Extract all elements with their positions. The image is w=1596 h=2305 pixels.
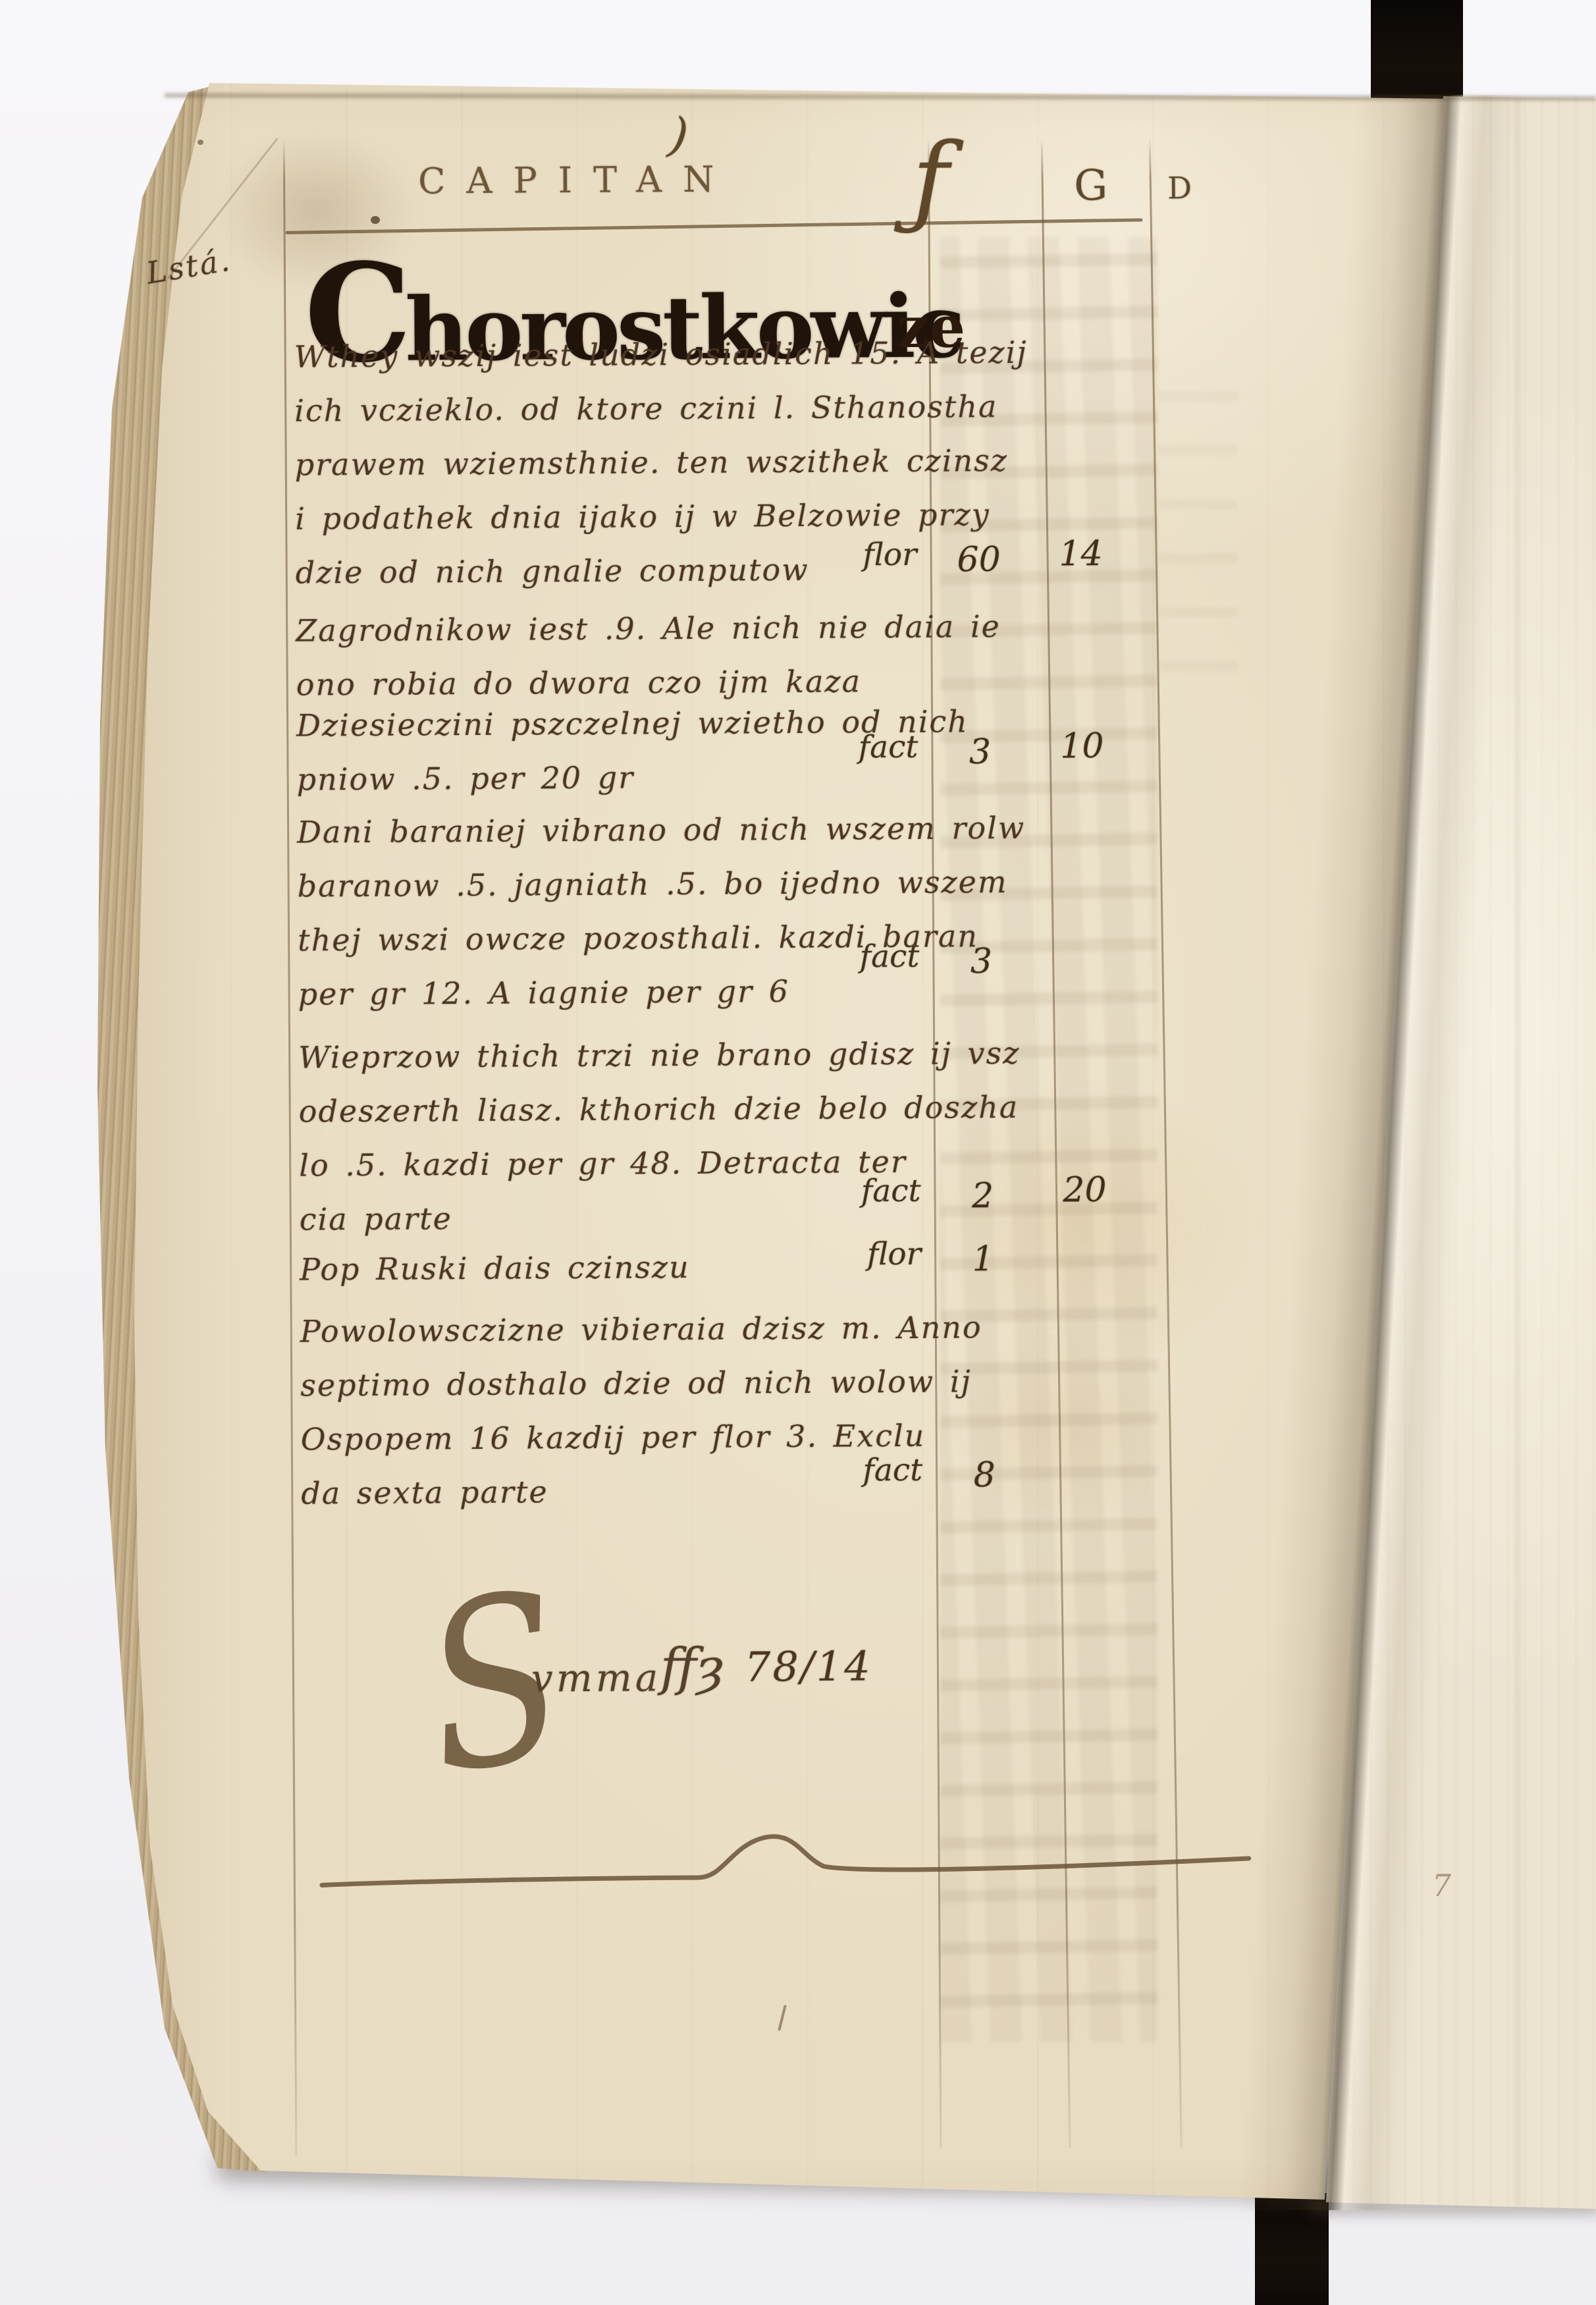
- amount-florin: 1: [942, 1239, 1024, 1280]
- right-margin-mark: 7: [1432, 1868, 1452, 1903]
- amount-florin: 2: [942, 1176, 1023, 1216]
- ledger-entry: Wieprzow thich trzi nie brano gdisz ij v…: [298, 1029, 984, 1249]
- entry-line: prawem wziemsthnie. ten wszithek czinsz: [295, 436, 980, 494]
- summa-word: vmma: [531, 1655, 662, 1700]
- page-header: CAPITAN: [418, 159, 735, 202]
- entry-line: septimo dosthalo dzie od nich wolow ij: [300, 1357, 985, 1415]
- entry-line: Wieprzow thich trzi nie brano gdisz ij v…: [298, 1029, 983, 1087]
- column-header-florin: ƒ: [912, 122, 949, 238]
- amount-unit: fact: [814, 938, 919, 975]
- summa-value: 78/14: [745, 1642, 872, 1691]
- ruled-line-denarii-column: [1149, 138, 1183, 2148]
- column-header-grossi: G: [1074, 161, 1108, 210]
- column-header-denarii: D: [1167, 170, 1192, 205]
- manuscript-scan: ) CAPITAN ƒ G D Lstá. Chorostkowic ze Wt…: [0, 0, 1596, 2305]
- amount-grossi: 10: [1042, 726, 1121, 767]
- entry-line: Dani baraniej vibrano od nich wszem rolw: [297, 803, 982, 861]
- ink-layer: ) CAPITAN ƒ G D Lstá. Chorostkowic ze Wt…: [0, 0, 1596, 2305]
- amount-unit: flor: [811, 537, 917, 574]
- stray-mark: ): [666, 107, 691, 164]
- amount-florin: 3: [939, 732, 1021, 773]
- amount-unit: fact: [815, 1173, 920, 1210]
- entry-line: baranow .5. jagniath .5. bo ijedno wszem: [297, 857, 982, 915]
- entry-line: ich vczieklo. od ktore czini l. Sthanost…: [294, 382, 979, 440]
- entry-line: Wthey wszij iest ludzi osiadlich 15. A t…: [294, 328, 979, 386]
- amount-florin: 60: [938, 540, 1019, 580]
- amount-unit: flor: [816, 1236, 921, 1273]
- margin-note: Lstá.: [144, 242, 234, 290]
- ledger-entry: Powolowsczizne vibieraia dzisz m. Anno s…: [300, 1303, 986, 1523]
- amount-grossi: 14: [1041, 534, 1120, 574]
- amount-grossi: 20: [1045, 1170, 1124, 1210]
- entry-line: odeszerth liasz. kthorich dzie belo dosz…: [299, 1083, 984, 1141]
- summa-currency: ffȝ: [660, 1638, 724, 1698]
- ledger-entry: Dani baraniej vibrano od nich wszem rolw…: [297, 803, 983, 1023]
- ruled-line-grossi-column: [1041, 138, 1071, 2148]
- amount-unit: fact: [817, 1452, 922, 1489]
- amount-florin: 8: [944, 1455, 1025, 1496]
- amount-florin: 3: [940, 942, 1022, 982]
- entry-line: Powolowsczizne vibieraia dzisz m. Anno: [300, 1303, 985, 1361]
- amount-unit: fact: [812, 729, 918, 766]
- entry-line: Zagrodnikow iest .9. Ale nich nie daia i…: [296, 602, 980, 660]
